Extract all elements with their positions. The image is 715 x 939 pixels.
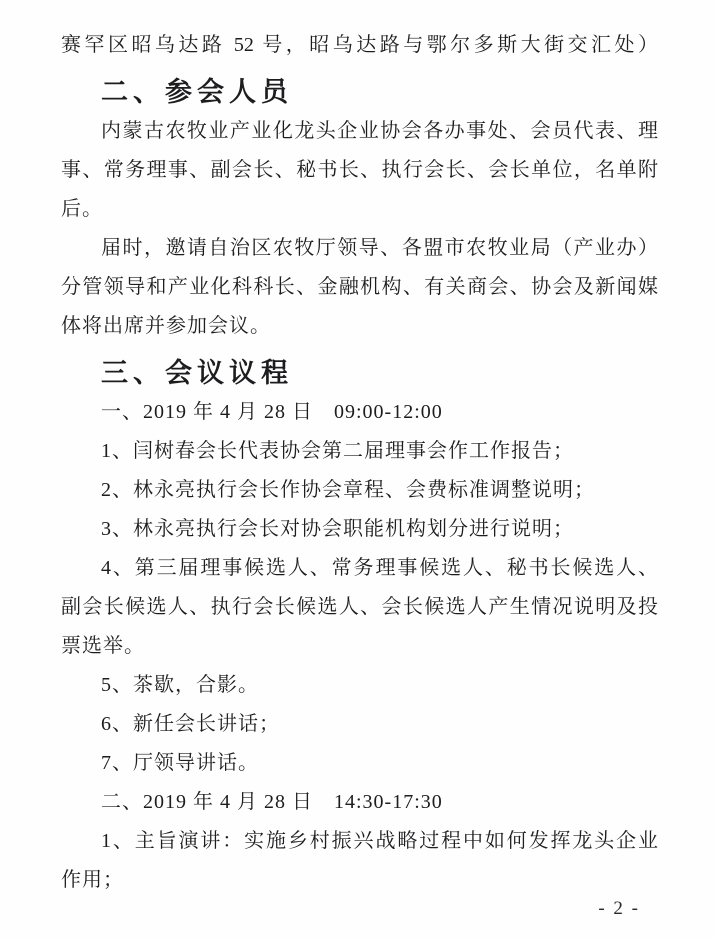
text-line: 体将出席并参加会议。 <box>61 307 658 346</box>
text-line: 后。 <box>61 190 658 229</box>
text-line: 1、闫树春会长代表协会第二届理事会作工作报告； <box>61 432 658 471</box>
text-line: 事、常务理事、副会长、秘书长、执行会长、会长单位，名单附 <box>61 151 658 190</box>
text-line: 6、新任会长讲话； <box>61 705 658 744</box>
section-heading: 三、会议议程 <box>61 354 658 393</box>
text-line: 二、2019 年 4 月 28 日 14:30-17:30 <box>61 783 658 822</box>
text-line: 赛罕区昭乌达路 52 号，昭乌达路与鄂尔多斯大街交汇处） <box>61 26 658 65</box>
text-line: 5、茶歇，合影。 <box>61 666 658 705</box>
text-line: 7、厅领导讲话。 <box>61 744 658 783</box>
document-body: 赛罕区昭乌达路 52 号，昭乌达路与鄂尔多斯大街交汇处）二、参会人员内蒙古农牧业… <box>0 0 715 900</box>
text-line: 副会长候选人、执行会长候选人、会长候选人产生情况说明及投 <box>61 588 658 627</box>
text-line: 3、林永亮执行会长对协会职能机构划分进行说明； <box>61 510 658 549</box>
document-page: 赛罕区昭乌达路 52 号，昭乌达路与鄂尔多斯大街交汇处）二、参会人员内蒙古农牧业… <box>0 0 715 939</box>
text-line: 届时，邀请自治区农牧厅领导、各盟市农牧业局（产业办） <box>61 229 658 268</box>
text-line: 分管领导和产业化科科长、金融机构、有关商会、协会及新闻媒 <box>61 268 658 307</box>
text-line: 作用； <box>61 861 658 900</box>
text-line: 内蒙古农牧业产业化龙头企业协会各办事处、会员代表、理 <box>61 112 658 151</box>
section-heading: 二、参会人员 <box>61 73 658 112</box>
text-line: 票选举。 <box>61 627 658 666</box>
text-line: 1、主旨演讲：实施乡村振兴战略过程中如何发挥龙头企业 <box>61 822 658 861</box>
text-line: 2、林永亮执行会长作协会章程、会费标准调整说明； <box>61 471 658 510</box>
text-line: 4、第三届理事候选人、常务理事候选人、秘书长候选人、 <box>61 549 658 588</box>
text-line: 一、2019 年 4 月 28 日 09:00-12:00 <box>61 393 658 432</box>
page-number: - 2 - <box>598 898 640 920</box>
